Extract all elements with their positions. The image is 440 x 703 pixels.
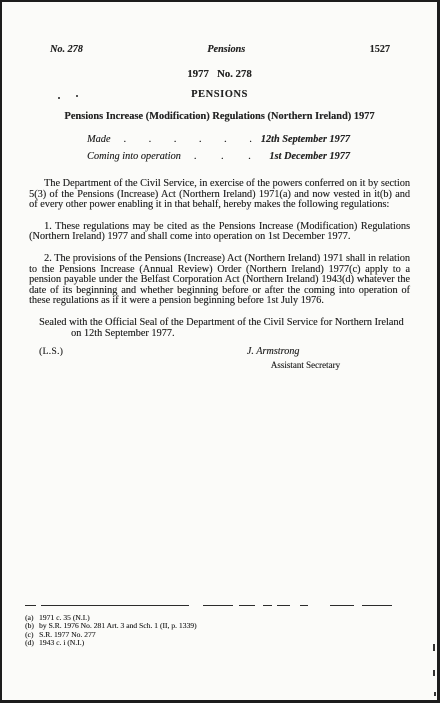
seal-mark: (L.S.): [39, 346, 63, 357]
running-header-page-number: 1527: [370, 44, 390, 55]
meta-block: Made . . . . . . 12th September 1977 Com…: [87, 134, 350, 168]
footnote-rule: [25, 604, 395, 607]
document-title: Pensions Increase (Modification) Regulat…: [29, 111, 410, 122]
footnote-d-marker: (d): [25, 639, 39, 647]
coming-into-operation-date: 1st December 1977: [269, 151, 350, 162]
scan-artifact: [76, 95, 78, 97]
heading-year-number: 1977 No. 278: [29, 68, 410, 80]
made-date: 12th September 1977: [261, 134, 350, 145]
meta-row-coming-into-operation: Coming into operation . . . 1st December…: [87, 151, 350, 168]
scan-artifact: [434, 692, 436, 696]
regulation-1: 1. These regulations may be cited as the…: [29, 222, 410, 243]
document-content: No. 278 Pensions 1527 1977 No. 278 PENSI…: [2, 44, 437, 370]
regulation-2: 2. The provisions of the Pensions (Incre…: [29, 254, 410, 307]
footnotes-section: (a) 1971 c. 35 (N.I.) (b) by S.R. 1976 N…: [25, 604, 395, 648]
coming-into-operation-label: Coming into operation: [87, 151, 181, 162]
sealing-clause: Sealed with the Official Seal of the Dep…: [39, 317, 408, 339]
document-page: No. 278 Pensions 1527 1977 No. 278 PENSI…: [0, 0, 440, 703]
made-dot-leader: . . . . . .: [123, 134, 251, 145]
scan-artifact: [58, 97, 60, 99]
scan-artifact: [433, 670, 435, 676]
preamble-paragraph: The Department of the Civil Service, in …: [29, 179, 410, 211]
running-header-rule-number: No. 278: [50, 44, 83, 55]
footnote-d: (d) 1943 c. i (N.I.): [25, 639, 395, 647]
footnote-d-text: 1943 c. i (N.I.): [39, 639, 84, 647]
made-label: Made: [87, 134, 110, 145]
running-header-subject: Pensions: [207, 44, 245, 55]
running-header: No. 278 Pensions 1527: [29, 44, 410, 55]
signatory-title: Assistant Secretary: [271, 360, 340, 370]
coming-dot-leader: . . .: [194, 151, 251, 162]
signature-block: J. Armstrong Assistant Secretary: [247, 346, 340, 370]
meta-row-made: Made . . . . . . 12th September 1977: [87, 134, 350, 151]
signatory-name: J. Armstrong: [247, 346, 340, 357]
scan-artifact: [433, 644, 435, 651]
heading-subject: PENSIONS: [29, 89, 410, 100]
signature-row: (L.S.) J. Armstrong Assistant Secretary: [29, 346, 410, 370]
